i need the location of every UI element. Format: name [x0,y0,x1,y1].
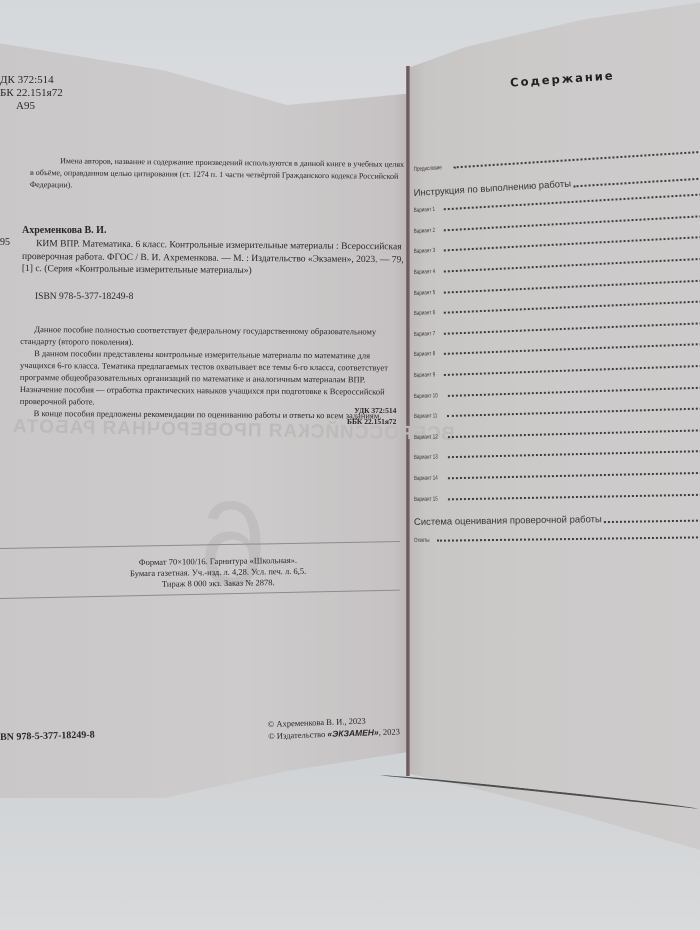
toc-entry-label: Вариант 2 [414,228,436,235]
annotation-paragraph: В данном пособии представлены контрольны… [20,347,404,410]
isbn: ISBN 978-5-377-18249-8 [35,292,133,302]
udc-header: ДК 372:514 БК 22.151я72 А95 [0,74,63,113]
toc-entry-label: Вариант 9 [414,372,436,379]
copyright-prefix: © Издательство [268,729,328,741]
toc-entry-label: Вариант 11 [414,414,438,421]
toc-entry-label: Вариант 5 [414,290,436,297]
book-gutter [406,66,410,776]
bbk-code: БК 22.151я72 [0,87,63,100]
bibliographic-text: КИМ ВПР. Математика. 6 класс. Контрольны… [22,239,404,276]
toc-entry-label: Вариант 7 [414,331,436,338]
annotation-paragraph: Данное пособие полностью соответствует ф… [20,323,404,350]
author-mark: А95 [0,100,63,113]
copyright-notice-text: Имена авторов, название и содержание про… [30,155,405,195]
toc-entry-label: Ответы [414,538,430,544]
toc-entry-label: Вариант 12 [414,434,438,441]
bibliographic-entry: КИМ ВПР. Математика. 6 класс. Контрольны… [22,238,404,279]
toc-entry-label: Вариант 14 [414,476,438,482]
toc-entry-label: Вариант 13 [414,455,438,462]
imprint: Формат 70×100/16. Гарнитура «Школьная». … [130,555,307,590]
toc-leader-dots [604,520,700,524]
publisher-name: «ЭКЗАМЕН» [327,727,379,739]
author-name: Ахременкова В. И. [22,225,106,236]
udc-code-footer: УДК 372:514 [347,405,396,416]
margin-code: 95 [0,237,10,248]
toc-entry-label: Вариант 6 [414,310,436,317]
udc-code: ДК 372:514 [0,74,63,87]
toc-entry-label: Вариант 4 [414,269,436,276]
copyright-notice: Имена авторов, название и содержание про… [30,155,405,195]
toc-leader-dots [437,536,700,541]
toc-entry-label: Вариант 15 [414,496,438,502]
copyright-block: © Ахременкова В. И., 2023 © Издательство… [268,713,401,742]
copyright-year: , 2023 [378,726,400,737]
toc-entry-label: Вариант 10 [414,393,438,400]
